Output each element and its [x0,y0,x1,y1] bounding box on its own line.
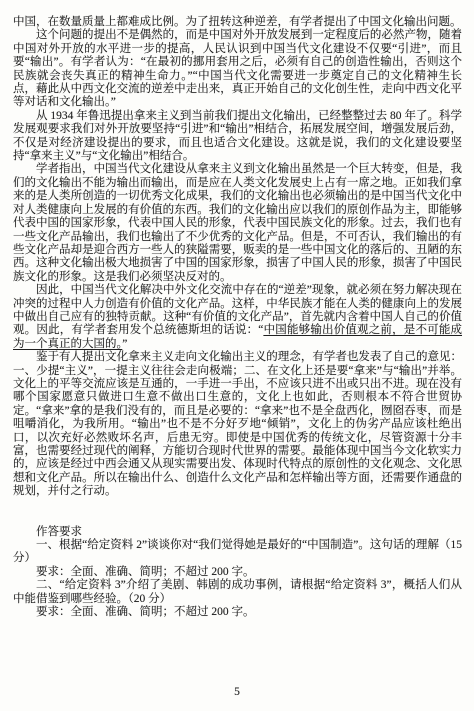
paragraph-scholar-view: 学者指出，中国当代文化建设从拿来主义到文化输出虽然是一个巨大转变，但是，我们的文… [13,163,462,284]
paragraph-value-output-post: ” [122,338,127,350]
paragraph-value-output: 因此，中国当代文化解决中外文化交流中存在的“逆差”现象，就必须在努力解决现在冲突… [13,284,462,351]
paragraph-opinions: 鉴于有人提出文化拿来主义走向文化输出主义的理念，有学者也发表了自己的意见：一、少… [13,351,462,498]
answer-requirements-heading: 作答要求 [13,526,462,539]
question-1: 一、根据“给定资料 2”谈谈你对“我们觉得她是最好的“中国制造”。这句话的理解（… [13,539,462,566]
paragraph-continuation: 中国，在数量质量上都难成比例。为了扭转这种逆差，有学者提出了中国文化输出问题。 [13,16,462,29]
scanned-document-page: 中国，在数量质量上都难成比例。为了扭转这种逆差，有学者提出了中国文化输出问题。 … [0,0,474,711]
paragraph-luxun-1934: 从 1934 年鲁迅提出拿来主义到当前我们提出文化输出，已经整整过去 80 年了… [13,110,462,164]
question-2-requirement: 要求：全面、准确、简明；不超过 200 字。 [13,606,462,619]
question-2: 二、“给定资料 3”介绍了美剧、韩剧的成功事例，请根据“给定资料 3”，概括人们… [13,579,462,606]
page-number: 5 [0,686,474,699]
question-1-requirement: 要求：全面、准确、简明；不超过 200 字。 [13,566,462,579]
paragraph-problem-origin: 这个问题的提出不是偶然的，而是中国对外开放发展到一定程度后的必然产物，随着中国对… [13,29,462,109]
